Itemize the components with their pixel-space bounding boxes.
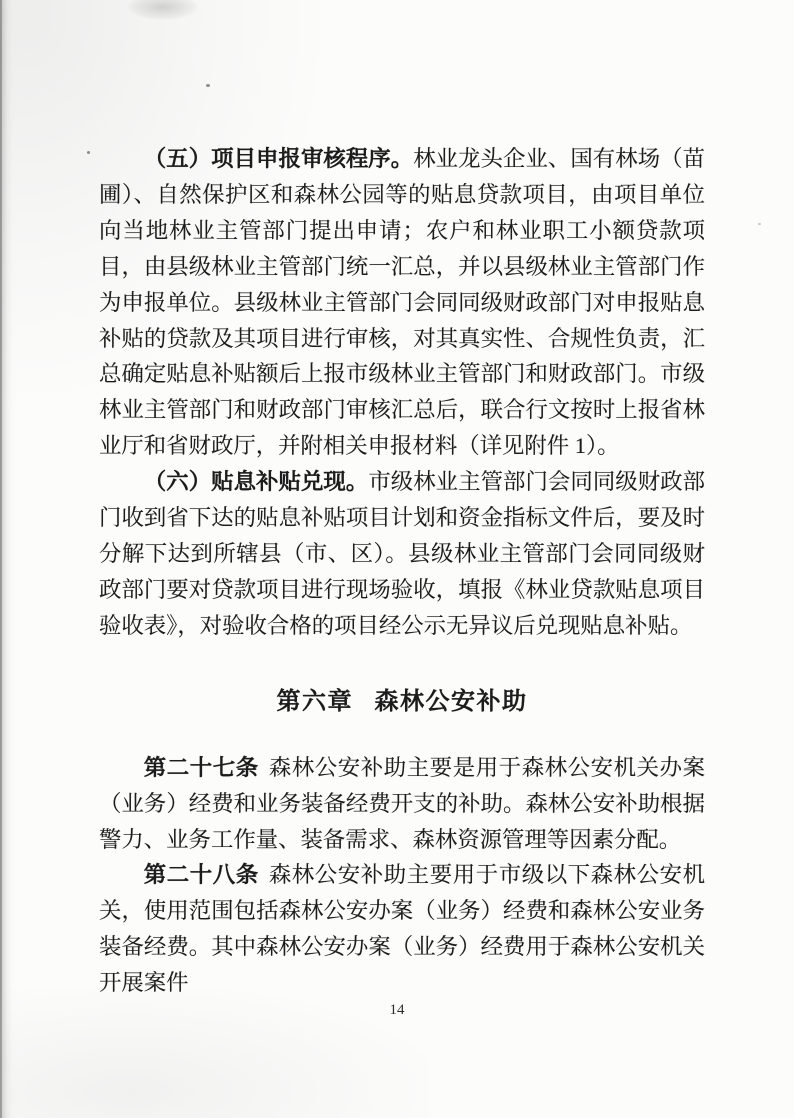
paragraph-section-5: （五）项目申报审核程序。林业龙头企业、国有林场（苗圃）、自然保护区和森林公园等的… xyxy=(99,141,705,464)
scan-speck-artifact xyxy=(87,151,90,154)
document-page: （五）项目申报审核程序。林业龙头企业、国有林场（苗圃）、自然保护区和森林公园等的… xyxy=(0,0,794,1118)
chapter-heading: 第六章森林公安补助 xyxy=(99,684,705,720)
section-6-heading: （六）贴息补贴兑现。 xyxy=(144,469,369,494)
section-6-text: 市级林业主管部门会同同级财政部门收到省下达的贴息补贴项目计划和资金指标文件后，要… xyxy=(99,469,705,638)
paragraph-article-27: 第二十七条森林公安补助主要是用于森林公安机关办案（业务）经费和业务装备经费开支的… xyxy=(99,750,705,858)
paragraph-article-28: 第二十八条森林公安补助主要用于市级以下森林公安机关，使用范围包括森林公安办案（业… xyxy=(99,857,705,1001)
document-body: （五）项目申报审核程序。林业龙头企业、国有林场（苗圃）、自然保护区和森林公园等的… xyxy=(99,141,705,1001)
chapter-title: 森林公安补助 xyxy=(375,689,528,715)
scan-speck-artifact xyxy=(206,84,210,87)
article-28-number: 第二十八条 xyxy=(144,862,259,887)
section-5-text: 林业龙头企业、国有林场（苗圃）、自然保护区和森林公园等的贴息贷款项目，由项目单位… xyxy=(99,146,705,458)
chapter-number: 第六章 xyxy=(276,689,353,715)
page-number: 14 xyxy=(0,1002,794,1019)
paragraph-section-6: （六）贴息补贴兑现。市级林业主管部门会同同级财政部门收到省下达的贴息补贴项目计划… xyxy=(99,464,705,644)
section-5-heading: （五）项目申报审核程序。 xyxy=(144,146,413,171)
scan-speck-artifact xyxy=(758,223,761,225)
scan-edge-line xyxy=(0,0,2,1118)
article-27-number: 第二十七条 xyxy=(144,755,259,780)
scan-edge-shadow xyxy=(0,0,16,1118)
